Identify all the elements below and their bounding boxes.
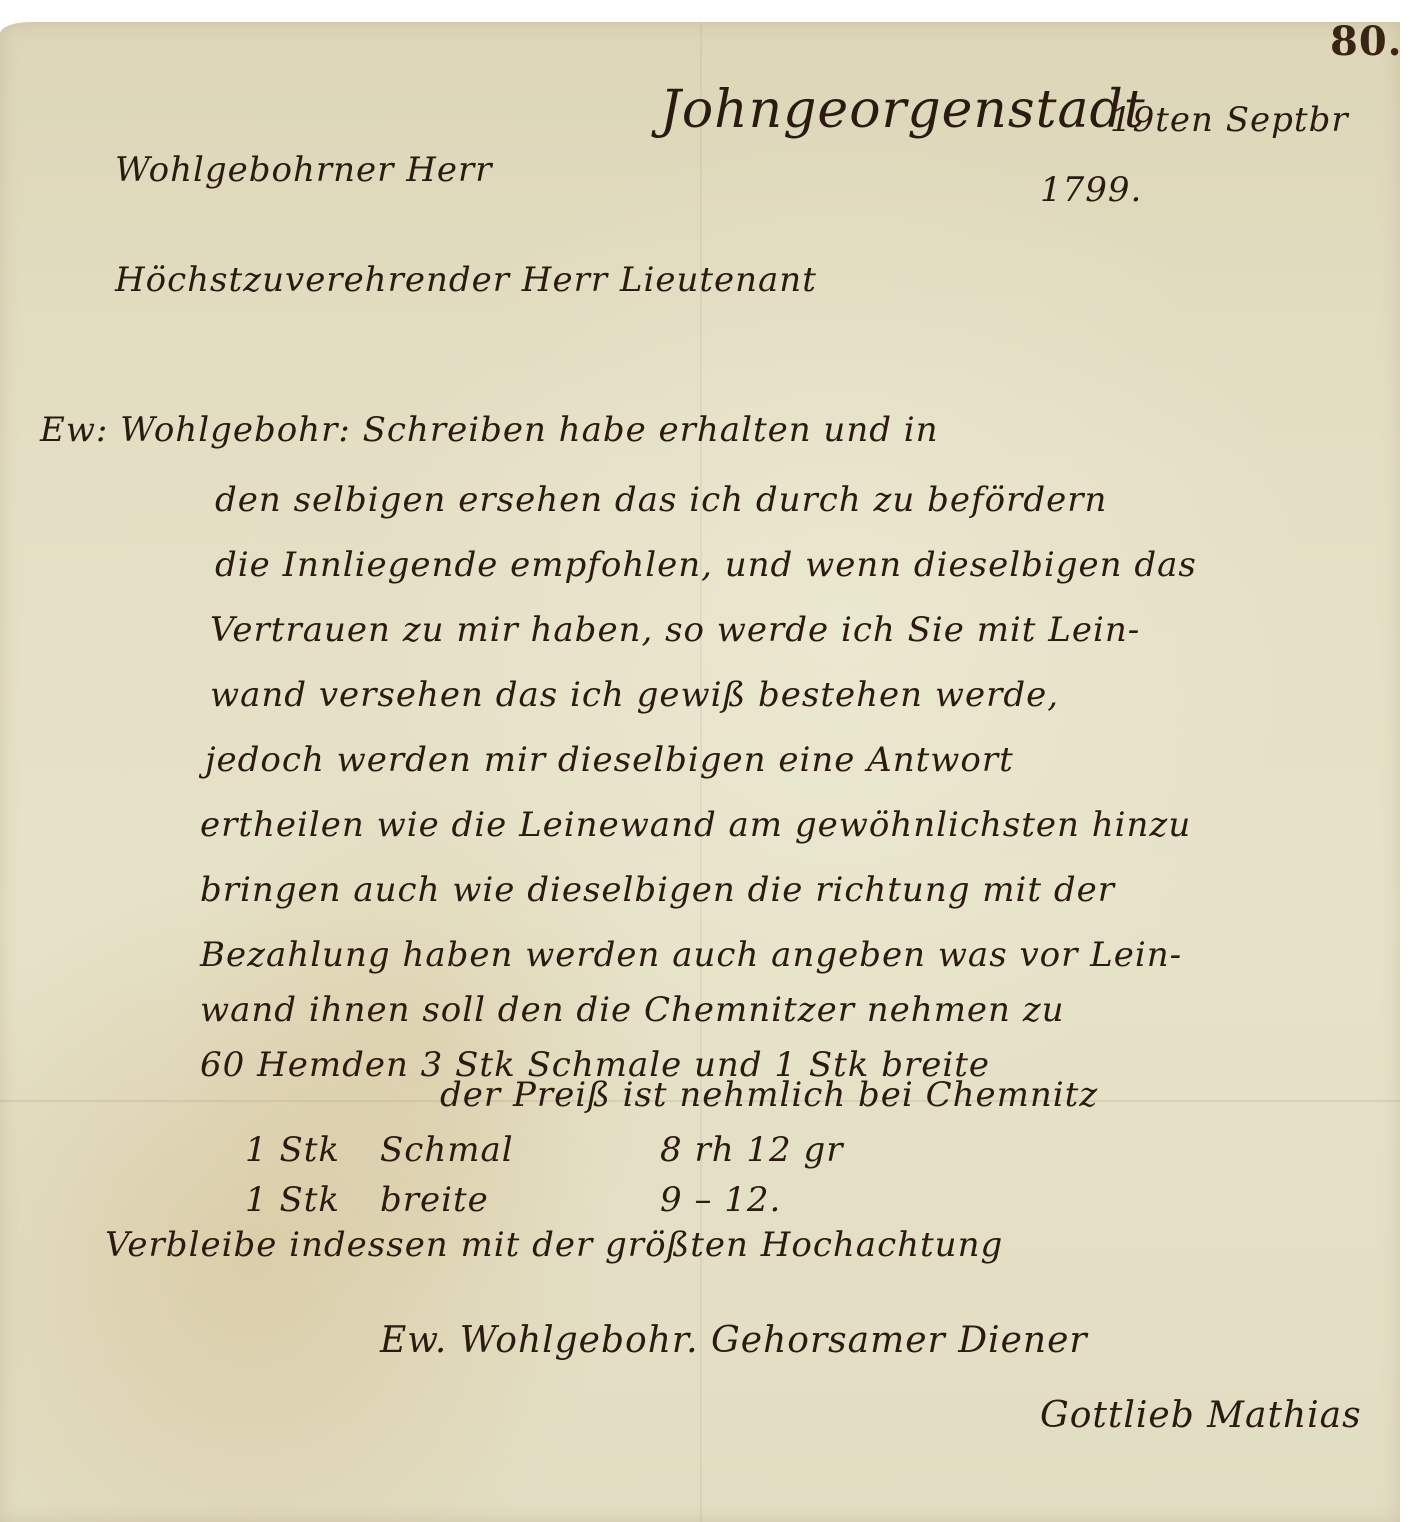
body-line-6: jedoch werden mir dieselbigen eine Antwo… — [205, 740, 1014, 780]
price-value-2: 9 – 12. — [660, 1180, 781, 1220]
body-line-7: ertheilen wie die Leinewand am gewöhnlic… — [200, 805, 1191, 845]
price-qty-1: 1 Stk — [245, 1130, 340, 1170]
body-line-3: die Innliegende empfohlen, und wenn dies… — [215, 545, 1197, 585]
price-item-1: Schmal — [380, 1130, 514, 1170]
folio-number: 80. — [1330, 18, 1403, 65]
body-line-2: den selbigen ersehen das ich durch zu be… — [215, 480, 1107, 520]
body-line-9: Bezahlung haben werden auch angeben was … — [200, 935, 1182, 975]
body-line-1: Ew: Wohlgebohr: Schreiben habe erhalten … — [40, 410, 939, 450]
closing-line-1: Verbleibe indessen mit der größten Hocha… — [105, 1225, 1003, 1265]
closing-line-2: Ew. Wohlgebohr. Gehorsamer Diener — [380, 1320, 1088, 1361]
dateline-day: 19ten Septbr — [1110, 100, 1349, 140]
signature: Gottlieb Mathias — [1040, 1395, 1362, 1436]
body-line-10: wand ihnen soll den die Chemnitzer nehme… — [200, 990, 1065, 1030]
salutation-line-2: Höchstzuverehrender Herr Lieutenant — [115, 260, 817, 300]
dateline-place: Johngeorgenstadt — [660, 80, 1146, 140]
body-line-5: wand versehen das ich gewiß bestehen wer… — [210, 675, 1059, 715]
price-item-2: breite — [380, 1180, 489, 1220]
price-qty-2: 1 Stk — [245, 1180, 340, 1220]
salutation-line-1: Wohlgebohrner Herr — [115, 150, 493, 190]
body-line-12: der Preiß ist nehmlich bei Chemnitz — [440, 1075, 1098, 1115]
price-value-1: 8 rh 12 gr — [660, 1130, 844, 1170]
body-line-4: Vertrauen zu mir haben, so werde ich Sie… — [210, 610, 1140, 650]
dateline-year: 1799. — [1040, 170, 1142, 210]
body-line-8: bringen auch wie dieselbigen die richtun… — [200, 870, 1115, 910]
